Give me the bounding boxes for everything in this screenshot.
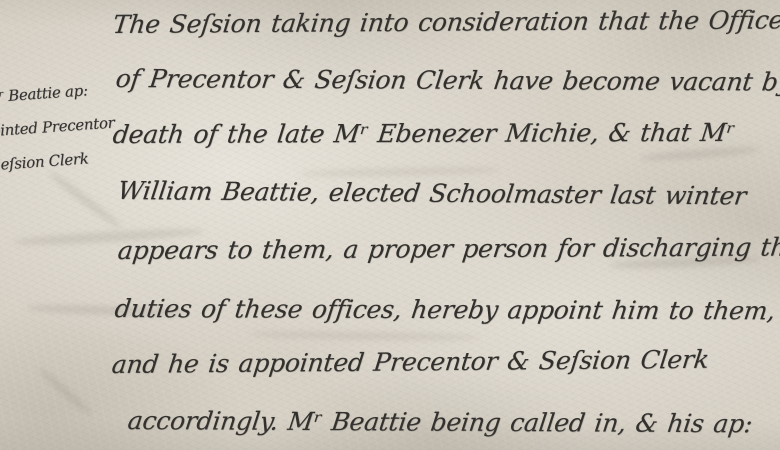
bleed-through-smudge (26, 303, 186, 318)
bleed-through-smudge (640, 146, 760, 162)
bleed-through-smudge (250, 330, 480, 342)
bleed-through-smudge (610, 255, 760, 269)
paper-vignette (0, 0, 780, 450)
margin-note-line: Seſsion Clerk (0, 139, 118, 182)
manuscript-line: duties of these offices, hereby appoint … (113, 296, 776, 323)
manuscript-line: appears to them, a proper person for dis… (117, 234, 780, 263)
bleed-through-smudge (300, 166, 500, 177)
margin-note-line: pointed Precentor (0, 106, 116, 149)
paper-texture (0, 0, 780, 450)
manuscript-line: and he is appointed Precentor & Seſsion … (111, 347, 711, 377)
margin-note: Mʳ Beattie ap: pointed Precentor Seſsion… (0, 72, 118, 183)
bleed-through-smudge (37, 365, 94, 417)
bleed-through-smudge (14, 227, 204, 247)
manuscript-line: The Seſsion taking into consideration th… (112, 7, 780, 37)
manuscript-line: of Precentor & Seſsion Clerk have become… (114, 66, 780, 95)
manuscript-line: accordingly. Mʳ Beattie being called in,… (126, 408, 754, 436)
bleed-through-smudge (47, 169, 123, 231)
manuscript-page: Mʳ Beattie ap: pointed Precentor Seſsion… (0, 0, 780, 450)
margin-note-line: Mʳ Beattie ap: (0, 72, 113, 115)
manuscript-line: death of the late Mʳ Ebenezer Michie, & … (112, 120, 736, 147)
manuscript-line: William Beattie, elected Schoolmaster la… (116, 178, 747, 208)
